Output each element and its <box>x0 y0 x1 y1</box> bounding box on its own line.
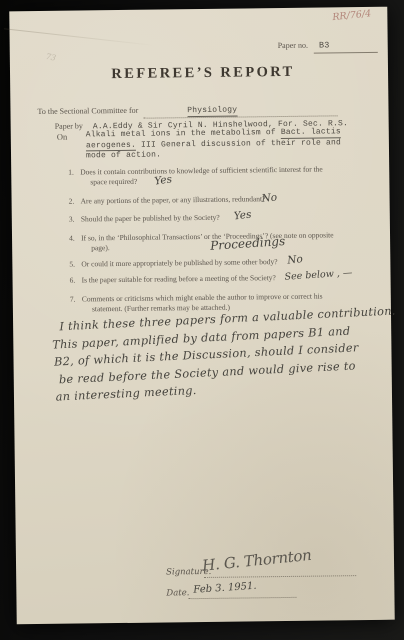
answer-6-handwritten: See below , — <box>284 267 353 282</box>
paper-crease <box>4 28 153 45</box>
date-rule <box>188 587 296 599</box>
paper-number-label: Paper no. <box>278 41 308 50</box>
paper-by-label: Paper by <box>55 121 83 130</box>
paper-number-value: B3 <box>314 40 330 50</box>
signature-rule <box>204 565 356 578</box>
subject-line-3: mode of action. <box>86 148 341 162</box>
referee-comment-handwritten: I think these three papers form a valuab… <box>47 302 399 406</box>
pencil-corner-mark: 73 <box>45 52 57 63</box>
form-title: REFEREE’S REPORT <box>10 63 392 85</box>
answer-3-handwritten: Yes <box>233 209 252 223</box>
photo-background: RR/76/4 73 Paper no. B3 REFEREE’S REPORT… <box>0 0 404 640</box>
paper-number-rule: B3 <box>314 34 378 54</box>
subject-title-block: Alkali metal ions in the metabolism of B… <box>86 127 341 162</box>
date-label: Date. <box>166 588 189 598</box>
paper-number-row: Paper no. B3 <box>278 34 378 54</box>
subject-label: On <box>57 132 68 142</box>
answer-1-handwritten: Yes <box>154 173 173 187</box>
answer-2-handwritten: No <box>261 192 277 205</box>
document-paper: RR/76/4 73 Paper no. B3 REFEREE’S REPORT… <box>9 7 394 625</box>
answer-5-handwritten: No <box>287 253 304 266</box>
archive-reference-pencil: RR/76/4 <box>332 8 372 23</box>
